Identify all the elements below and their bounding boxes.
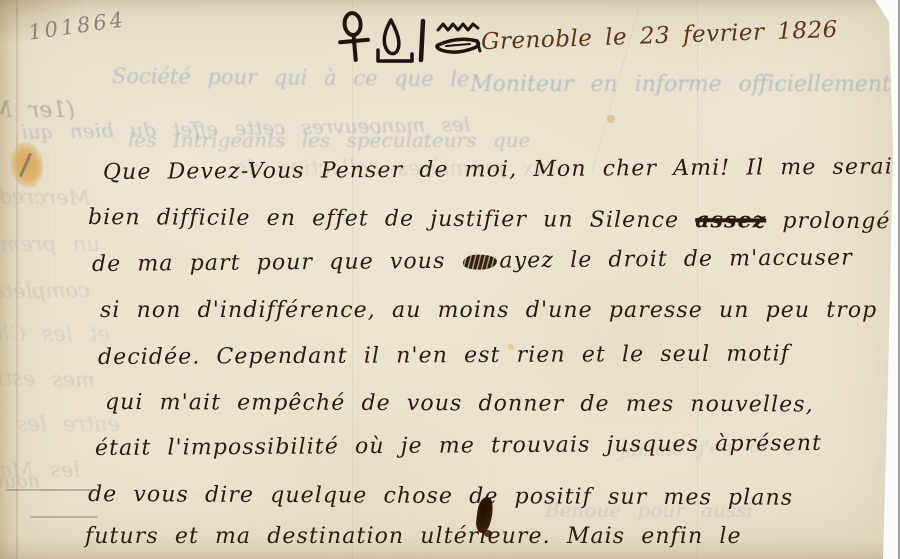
letter-line-4: si non d'indifférence, au moins d'une pa… <box>100 298 877 323</box>
ankh-icon <box>338 12 370 61</box>
letter-line-2: bien difficile en effet de justifier un … <box>88 204 891 234</box>
pencil-line <box>30 516 98 518</box>
letter-line-3: de ma part pour que vous ayez le droit d… <box>92 245 853 277</box>
ghost-bleedthrough-text: mes estimées de la Bienhaite aux <box>0 361 95 392</box>
ghost-bleedthrough-text: entre les autres le tombeau <box>0 412 120 436</box>
ghost-bleedthrough-text: Moniteur en informe officiellement <box>470 72 891 97</box>
ghost-bleedthrough-text: un premier voyage cette collection <box>0 232 100 256</box>
archive-number: 101864 <box>27 7 128 44</box>
ghost-bleedthrough-text: et les Chambres des monumens <box>0 322 110 346</box>
letter-line-8: de vous dire quelque chose de positif su… <box>88 482 793 511</box>
letter-line-1: Que Devez-Vous Penser de moi, Mon cher A… <box>103 154 900 185</box>
ghost-bleedthrough-text: nouvelles Nouvelles <box>0 470 40 496</box>
letter-line-7: était l'impossibilité où je me trouvais … <box>95 431 822 461</box>
water-over-mouth-icon <box>437 24 480 52</box>
paper-speck <box>607 115 615 123</box>
hieroglyph-inscription <box>332 10 482 69</box>
struck-word: assez <box>695 207 766 233</box>
letter-page: Société pour qui à ce que leMoniteur en … <box>0 0 900 559</box>
letter-scan: Société pour qui à ce que leMoniteur en … <box>0 0 900 559</box>
scribbled-out-word <box>462 254 496 269</box>
flame-brazier-stroke-icon <box>378 20 423 61</box>
ink-blot <box>484 530 492 537</box>
letter-line-9: futurs et ma destination ultérieure. Mai… <box>85 524 742 549</box>
pencil-line <box>6 489 92 491</box>
ghost-bleedthrough-text: complètement d'après mes vues aux <box>0 278 90 309</box>
ghost-bleedthrough-text: les Intrigeants les spéculateurs que <box>128 128 530 152</box>
letter-line-6: qui m'ait empêché de vous donner de mes … <box>105 390 814 417</box>
dateline: Grenoble le 23 fevrier 1826 <box>481 17 839 55</box>
letter-line-5: decidée. Cependant il n'en est rien et l… <box>98 341 790 370</box>
